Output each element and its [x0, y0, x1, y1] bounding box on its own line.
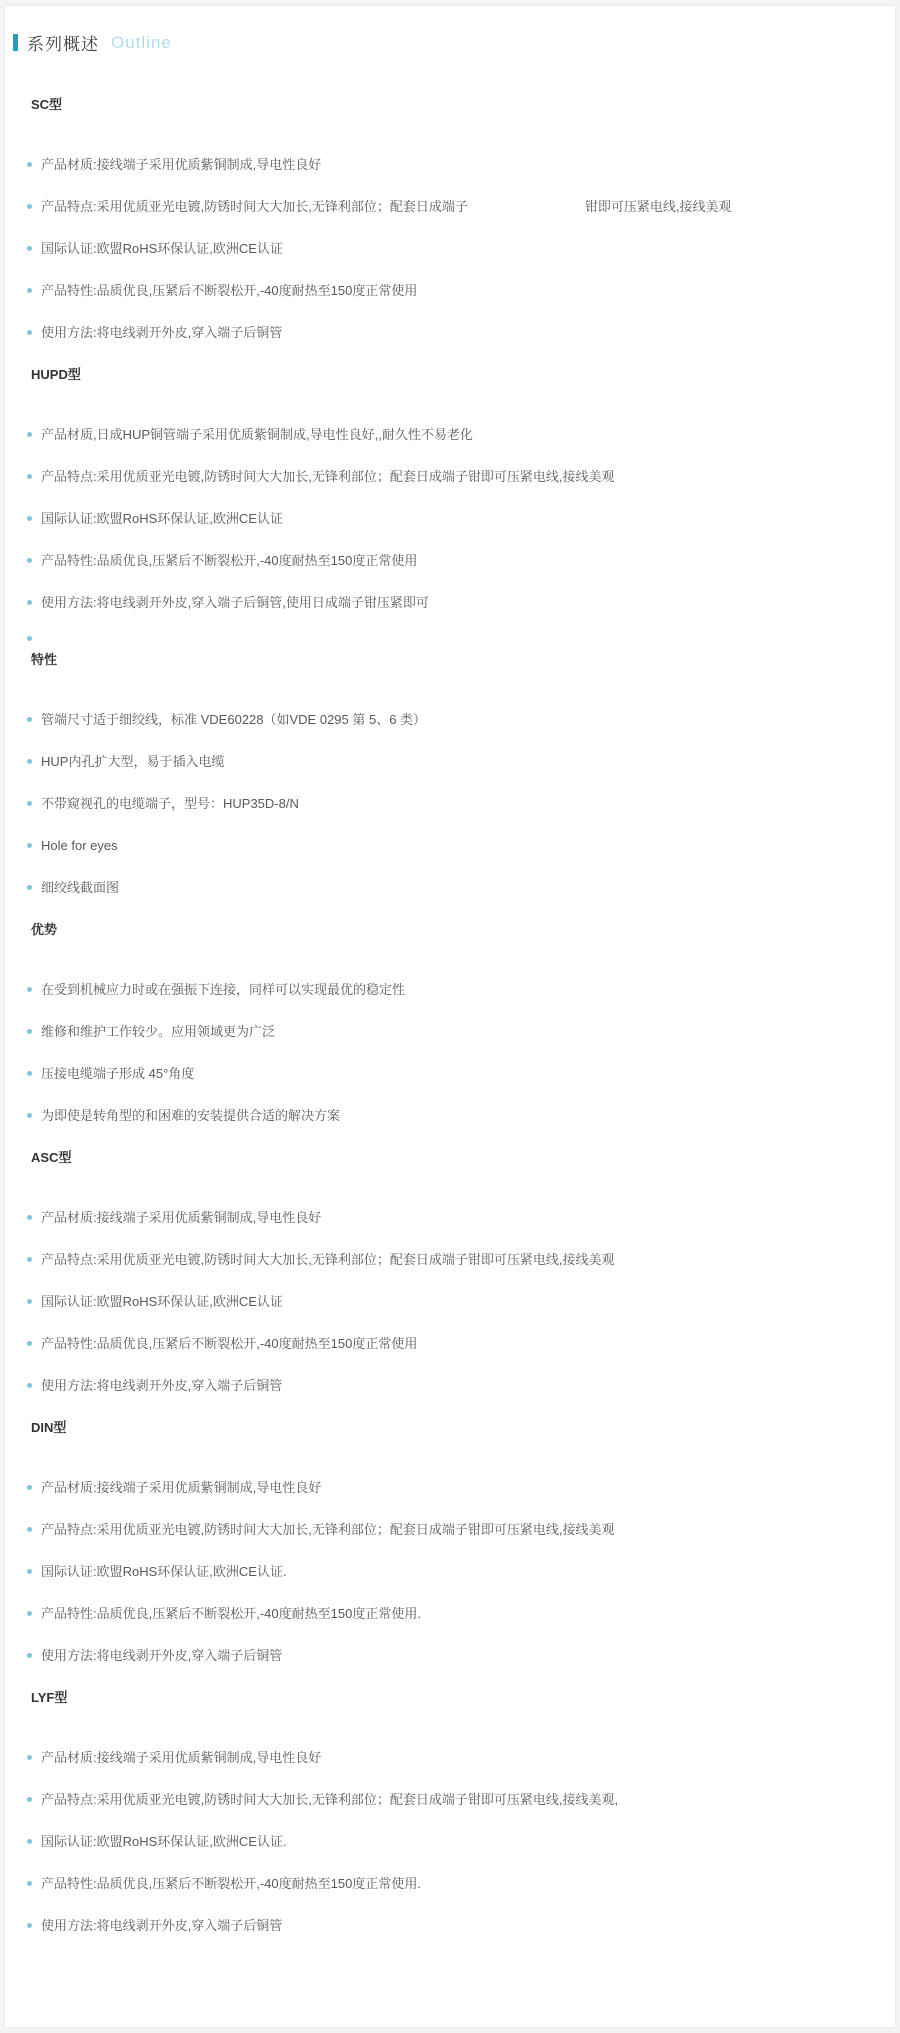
bullet-list-texing: 管端尺寸适于细绞线，标准 VDE60228（如VDE 0295 第 5、6 类）…	[5, 711, 895, 896]
bullet-dot-icon	[27, 636, 32, 641]
bullet-dot-icon	[27, 1755, 32, 1760]
list-item: 产品特性:品质优良,压紧后不断裂松开,-40度耐热至150度正常使用.	[27, 1605, 895, 1622]
bullet-dot-icon	[27, 1797, 32, 1802]
list-item: 产品材质,日成HUP铜管端子采用优质紫铜制成,导电性良好,,耐久性不易老化	[27, 426, 895, 443]
list-item: 产品材质:接线端子采用优质紫铜制成,导电性良好	[27, 1749, 895, 1766]
list-item: 管端尺寸适于细绞线，标准 VDE60228（如VDE 0295 第 5、6 类）	[27, 711, 895, 728]
section-heading-sc: SC型	[31, 96, 895, 113]
list-item: 维修和维护工作较少。应用领域更为广泛	[27, 1023, 895, 1040]
bullet-list-lyf: 产品材质:接线端子采用优质紫铜制成,导电性良好产品特点:采用优质亚光电镀,防锈时…	[5, 1749, 895, 1934]
list-item: HUP内孔扩大型，易于插入电缆	[27, 753, 895, 770]
bullet-dot-icon	[27, 162, 32, 167]
section-title-bar: 系列概述 Outline	[13, 30, 895, 55]
bullet-dot-icon	[27, 288, 32, 293]
list-item: 产品特性:品质优良,压紧后不断裂松开,-40度耐热至150度正常使用	[27, 1335, 895, 1352]
bullet-list-hupd: 产品材质,日成HUP铜管端子采用优质紫铜制成,导电性良好,,耐久性不易老化产品特…	[5, 426, 895, 611]
bullet-dot-icon	[27, 1653, 32, 1658]
bullet-list-asc: 产品材质:接线端子采用优质紫铜制成,导电性良好产品特点:采用优质亚光电镀,防锈时…	[5, 1209, 895, 1394]
bullet-dot-icon	[27, 600, 32, 605]
list-item: 使用方法:将电线剥开外皮,穿入端子后铜管	[27, 1917, 895, 1934]
bullet-dot-icon	[27, 885, 32, 890]
bullet-dot-icon	[27, 516, 32, 521]
list-item: 不带窥视孔的电缆端子，型号：HUP35D-8/N	[27, 795, 895, 812]
list-item: 产品特点:采用优质亚光电镀,防锈时间大大加长,无锋利部位；配套日成端子 钳即可压…	[27, 198, 895, 215]
bullet-dot-icon	[27, 432, 32, 437]
section-heading-hupd: HUPD型	[31, 366, 895, 383]
list-item: 产品特性:品质优良,压紧后不断裂松开,-40度耐热至150度正常使用	[27, 282, 895, 299]
bullet-dot-icon	[27, 1839, 32, 1844]
accent-bar-icon	[13, 34, 18, 51]
bullet-dot-icon	[27, 330, 32, 335]
bullet-dot-icon	[27, 1215, 32, 1220]
bullet-dot-icon	[27, 801, 32, 806]
bullet-dot-icon	[27, 1029, 32, 1034]
list-item: 产品材质:接线端子采用优质紫铜制成,导电性良好	[27, 156, 895, 173]
section-heading-texing: 特性	[31, 651, 895, 668]
list-item: 产品特性:品质优良,压紧后不断裂松开,-40度耐热至150度正常使用	[27, 552, 895, 569]
list-item: 产品材质:接线端子采用优质紫铜制成,导电性良好	[27, 1209, 895, 1226]
section-heading-lyf: LYF型	[31, 1689, 895, 1706]
section-heading-asc: ASC型	[31, 1149, 895, 1166]
section-heading-youshi: 优势	[31, 921, 895, 938]
content-card: 系列概述 Outline SC型产品材质:接线端子采用优质紫铜制成,导电性良好产…	[5, 6, 895, 2027]
bullet-dot-icon	[27, 1383, 32, 1388]
bullet-dot-icon	[27, 1485, 32, 1490]
bullet-dot-icon	[27, 246, 32, 251]
list-item: 为即使是转角型的和困难的安装提供合适的解决方案	[27, 1107, 895, 1124]
list-item: 使用方法:将电线剥开外皮,穿入端子后铜管,使用日成端子钳压紧即可	[27, 594, 895, 611]
list-item: 产品特性:品质优良,压紧后不断裂松开,-40度耐热至150度正常使用.	[27, 1875, 895, 1892]
page-title: 系列概述	[27, 30, 99, 55]
bullet-list-sc: 产品材质:接线端子采用优质紫铜制成,导电性良好产品特点:采用优质亚光电镀,防锈时…	[5, 156, 895, 341]
list-item: 使用方法:将电线剥开外皮,穿入端子后铜管	[27, 324, 895, 341]
bullet-dot-icon	[27, 1341, 32, 1346]
bullet-dot-icon	[27, 987, 32, 992]
bullet-dot-icon	[27, 1527, 32, 1532]
lead-bullet-icon	[27, 636, 895, 641]
bullet-dot-icon	[27, 1569, 32, 1574]
list-item: 压接电缆端子形成 45°角度	[27, 1065, 895, 1082]
bullet-list-din: 产品材质:接线端子采用优质紫铜制成,导电性良好产品特点:采用优质亚光电镀,防锈时…	[5, 1479, 895, 1664]
list-item: 使用方法:将电线剥开外皮,穿入端子后铜管	[27, 1377, 895, 1394]
list-item: 细绞线截面图	[27, 879, 895, 896]
bullet-dot-icon	[27, 558, 32, 563]
section-heading-din: DIN型	[31, 1419, 895, 1436]
list-item: 国际认证:欧盟RoHS环保认证,欧洲CE认证	[27, 510, 895, 527]
list-item: 使用方法:将电线剥开外皮,穿入端子后铜管	[27, 1647, 895, 1664]
list-item: 产品特点:采用优质亚光电镀,防锈时间大大加长,无锋利部位；配套日成端子钳即可压紧…	[27, 468, 895, 485]
bullet-dot-icon	[27, 204, 32, 209]
page-subtitle: Outline	[111, 33, 172, 53]
list-item: Hole for eyes	[27, 837, 895, 854]
bullet-dot-icon	[27, 1923, 32, 1928]
list-item: 产品特点:采用优质亚光电镀,防锈时间大大加长,无锋利部位；配套日成端子钳即可压紧…	[27, 1251, 895, 1268]
bullet-dot-icon	[27, 717, 32, 722]
bullet-dot-icon	[27, 1881, 32, 1886]
bullet-dot-icon	[27, 1611, 32, 1616]
list-item: 在受到机械应力时或在强振下连接，同样可以实现最优的稳定性	[27, 981, 895, 998]
bullet-list-youshi: 在受到机械应力时或在强振下连接，同样可以实现最优的稳定性维修和维护工作较少。应用…	[5, 981, 895, 1124]
list-item: 产品特点:采用优质亚光电镀,防锈时间大大加长,无锋利部位；配套日成端子钳即可压紧…	[27, 1791, 895, 1808]
bullet-dot-icon	[27, 1257, 32, 1262]
bullet-dot-icon	[27, 1071, 32, 1076]
list-item: 国际认证:欧盟RoHS环保认证,欧洲CE认证	[27, 1293, 895, 1310]
list-item: 国际认证:欧盟RoHS环保认证,欧洲CE认证.	[27, 1563, 895, 1580]
sections-container: SC型产品材质:接线端子采用优质紫铜制成,导电性良好产品特点:采用优质亚光电镀,…	[5, 96, 895, 1934]
list-item: 国际认证:欧盟RoHS环保认证,欧洲CE认证.	[27, 1833, 895, 1850]
list-item: 产品材质:接线端子采用优质紫铜制成,导电性良好	[27, 1479, 895, 1496]
list-item: 产品特点:采用优质亚光电镀,防锈时间大大加长,无锋利部位；配套日成端子钳即可压紧…	[27, 1521, 895, 1538]
bullet-dot-icon	[27, 1299, 32, 1304]
bullet-dot-icon	[27, 843, 32, 848]
bullet-dot-icon	[27, 759, 32, 764]
list-item: 国际认证:欧盟RoHS环保认证,欧洲CE认证	[27, 240, 895, 257]
bullet-dot-icon	[27, 1113, 32, 1118]
bullet-dot-icon	[27, 474, 32, 479]
